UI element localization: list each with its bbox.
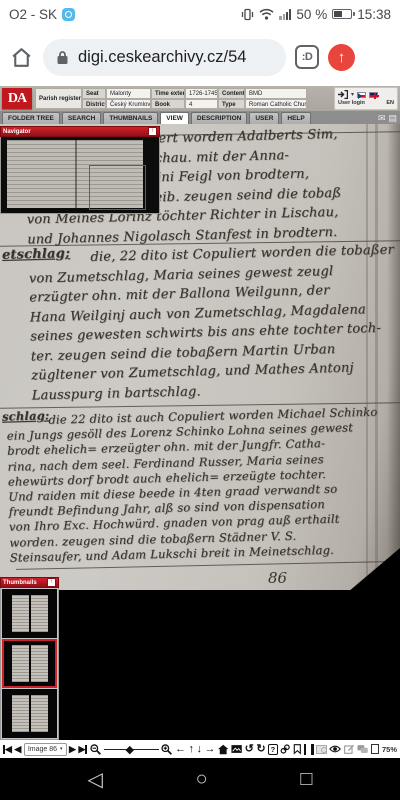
navigator-title: Navigator	[3, 129, 31, 135]
tab-user[interactable]: USER	[249, 112, 279, 124]
field-label: Seat	[82, 88, 106, 99]
tab-count-label: :D	[302, 51, 313, 63]
tab-label: SEARCH	[68, 115, 95, 122]
battery-icon	[332, 9, 352, 19]
tab-label: USER	[255, 115, 273, 122]
field-label: Time extent	[151, 88, 185, 99]
zoom-out-icon[interactable]	[90, 743, 101, 756]
image-viewer[interactable]: e, 17 dito ist Copuliert worden Adalbert…	[0, 124, 400, 740]
thumbnails-list	[0, 588, 59, 740]
field-label: District	[82, 99, 106, 110]
field-value: Český Krumlov	[106, 99, 151, 110]
thumbnails-panel: Thumbnails ↑	[0, 577, 59, 740]
chrome-update-button[interactable]: ↑	[328, 44, 355, 71]
fullscreen-icon[interactable]	[371, 744, 380, 754]
user-login-label: User login	[338, 100, 365, 106]
sim-app-icon	[62, 8, 75, 21]
camera-icon-disabled	[316, 745, 327, 754]
viewport-rectangle[interactable]	[89, 165, 146, 210]
chevron-down-icon[interactable]: ▾	[351, 91, 354, 98]
rotate-cw-icon[interactable]: ↻	[256, 744, 265, 755]
manuscript-entry-3: die 22 dito ist auch Copuliert worden Mi…	[6, 404, 400, 566]
tab-help[interactable]: HELP	[281, 112, 310, 124]
eye-icon[interactable]	[329, 744, 341, 754]
image-icon[interactable]	[231, 744, 242, 754]
address-bar[interactable]: digi.ceskearchivy.cz/54	[43, 39, 286, 76]
home-view-icon[interactable]	[218, 744, 228, 755]
up-arrow-icon: ↑	[338, 49, 346, 66]
edit-icon-disabled	[344, 743, 354, 755]
image-select-value: Image 86	[28, 746, 57, 753]
zoom-percent-label: 75%	[382, 745, 397, 754]
field-value: Malonty	[106, 88, 151, 99]
vibrate-icon	[241, 8, 254, 21]
archive-logo[interactable]: DA	[2, 88, 32, 109]
back-button[interactable]: ◁	[88, 767, 103, 792]
zoom-slider[interactable]	[104, 743, 159, 755]
help-icon[interactable]: ?	[268, 744, 278, 755]
field-label: Type	[218, 99, 245, 110]
tab-folder-tree[interactable]: FOLDER TREE	[2, 112, 60, 124]
android-nav-bar: ◁ ○ □	[0, 758, 400, 800]
thumbnail-page-85[interactable]	[2, 589, 57, 638]
language-label: EN	[386, 100, 394, 106]
recents-button[interactable]: □	[300, 768, 312, 791]
wifi-icon	[259, 8, 274, 20]
carrier-label: O2 - SK	[9, 7, 57, 22]
viewer-tab-bar: FOLDER TREE SEARCH THUMBNAILS VIEW DESCR…	[0, 111, 400, 124]
android-status-bar: O2 - SK 50 % 15:38	[0, 0, 400, 28]
navigator-body[interactable]	[0, 137, 160, 214]
book-spine	[75, 140, 77, 208]
navigator-header[interactable]: Navigator ↑	[0, 126, 160, 137]
panel-grid-icon[interactable]: ▤	[388, 113, 397, 124]
home-icon[interactable]	[9, 45, 34, 70]
page-number: 86	[268, 569, 287, 587]
tab-label: DESCRIPTION	[197, 115, 241, 122]
page-fold-line	[375, 124, 378, 590]
tab-switcher-button[interactable]: :D	[295, 45, 319, 69]
first-image-button[interactable]: ◀	[3, 745, 12, 754]
page-fold-line	[366, 124, 368, 590]
zoom-in-icon[interactable]	[161, 743, 172, 756]
bookmark-icon[interactable]	[293, 743, 302, 755]
thumbnail-page-87[interactable]	[2, 689, 57, 738]
register-type-label: Parish registers	[35, 88, 82, 109]
chevron-down-icon: ▾	[60, 746, 63, 752]
field-value: 4	[185, 99, 218, 110]
browser-toolbar: digi.ceskearchivy.cz/54 :D ↑	[0, 28, 400, 86]
collapse-arrow-icon[interactable]: ↑	[47, 578, 56, 587]
tab-label: HELP	[287, 115, 304, 122]
pan-down-button[interactable]: ↓	[197, 744, 203, 755]
battery-percent-label: 50 %	[296, 7, 327, 22]
rotate-ccw-icon[interactable]: ↺	[245, 744, 254, 755]
mail-icon[interactable]: ✉	[378, 113, 386, 124]
lock-icon	[56, 50, 69, 65]
user-login-box[interactable]: ▾ User login EN	[334, 87, 398, 110]
tab-label: FOLDER TREE	[8, 115, 54, 122]
login-icon	[338, 90, 348, 99]
tab-label: VIEW	[166, 115, 183, 122]
field-label: Book	[151, 99, 185, 110]
tab-description[interactable]: DESCRIPTION	[191, 112, 247, 124]
collapse-arrow-icon[interactable]: ↑	[148, 127, 157, 136]
next-image-button[interactable]: ▶	[69, 745, 76, 754]
page-edge-shadow	[387, 124, 400, 590]
navigator-panel: Navigator ↑	[0, 126, 160, 214]
pan-left-button[interactable]: ←	[175, 744, 186, 755]
field-label: Content	[218, 88, 245, 99]
clock-label: 15:38	[357, 7, 391, 22]
pan-up-button[interactable]: ↑	[189, 744, 195, 755]
thumbnails-header[interactable]: Thumbnails ↑	[0, 577, 59, 588]
url-text: digi.ceskearchivy.cz/54	[78, 48, 246, 67]
viewer-toolbar: ◀ ◀ Image 86 ▾ ▶ ▶ ← ↑ ↓ →	[0, 740, 400, 758]
image-select-dropdown[interactable]: Image 86 ▾	[24, 743, 67, 756]
flag-gb-icon[interactable]	[369, 92, 378, 98]
permalink-icon[interactable]	[280, 743, 290, 755]
home-button[interactable]: ○	[196, 768, 208, 791]
phone-screen: O2 - SK 50 % 15:38	[0, 0, 400, 800]
tab-label: THUMBNAILS	[109, 115, 152, 122]
record-info-table: Parish registers Seat District Malonty Č…	[35, 88, 307, 109]
field-value: Roman Catholic Church	[245, 99, 307, 110]
contrast-icon[interactable]	[304, 744, 313, 755]
tab-thumbnails[interactable]: THUMBNAILS	[103, 112, 158, 124]
thumbnails-title: Thumbnails	[3, 580, 37, 586]
logo-text: DA	[8, 91, 26, 107]
tab-view[interactable]: VIEW	[160, 112, 189, 124]
manuscript-entry-2: die, 22 dito ist Copuliert worden die to…	[28, 241, 400, 406]
previous-image-button[interactable]: ◀	[14, 745, 21, 754]
archive-site-header: DA Parish registers Seat District Malont…	[0, 86, 400, 111]
flag-cz-icon[interactable]	[357, 92, 366, 98]
tab-search[interactable]: SEARCH	[62, 112, 101, 124]
field-value: 1726-1745	[185, 88, 218, 99]
thumbnail-page-86-selected[interactable]	[2, 639, 57, 688]
field-value: BMD	[245, 88, 307, 99]
last-image-button[interactable]: ▶	[78, 745, 87, 754]
pan-right-button[interactable]: →	[205, 744, 216, 755]
slider-knob[interactable]	[126, 745, 134, 753]
comments-icon-disabled	[357, 744, 368, 755]
signal-bars-icon	[279, 9, 291, 20]
